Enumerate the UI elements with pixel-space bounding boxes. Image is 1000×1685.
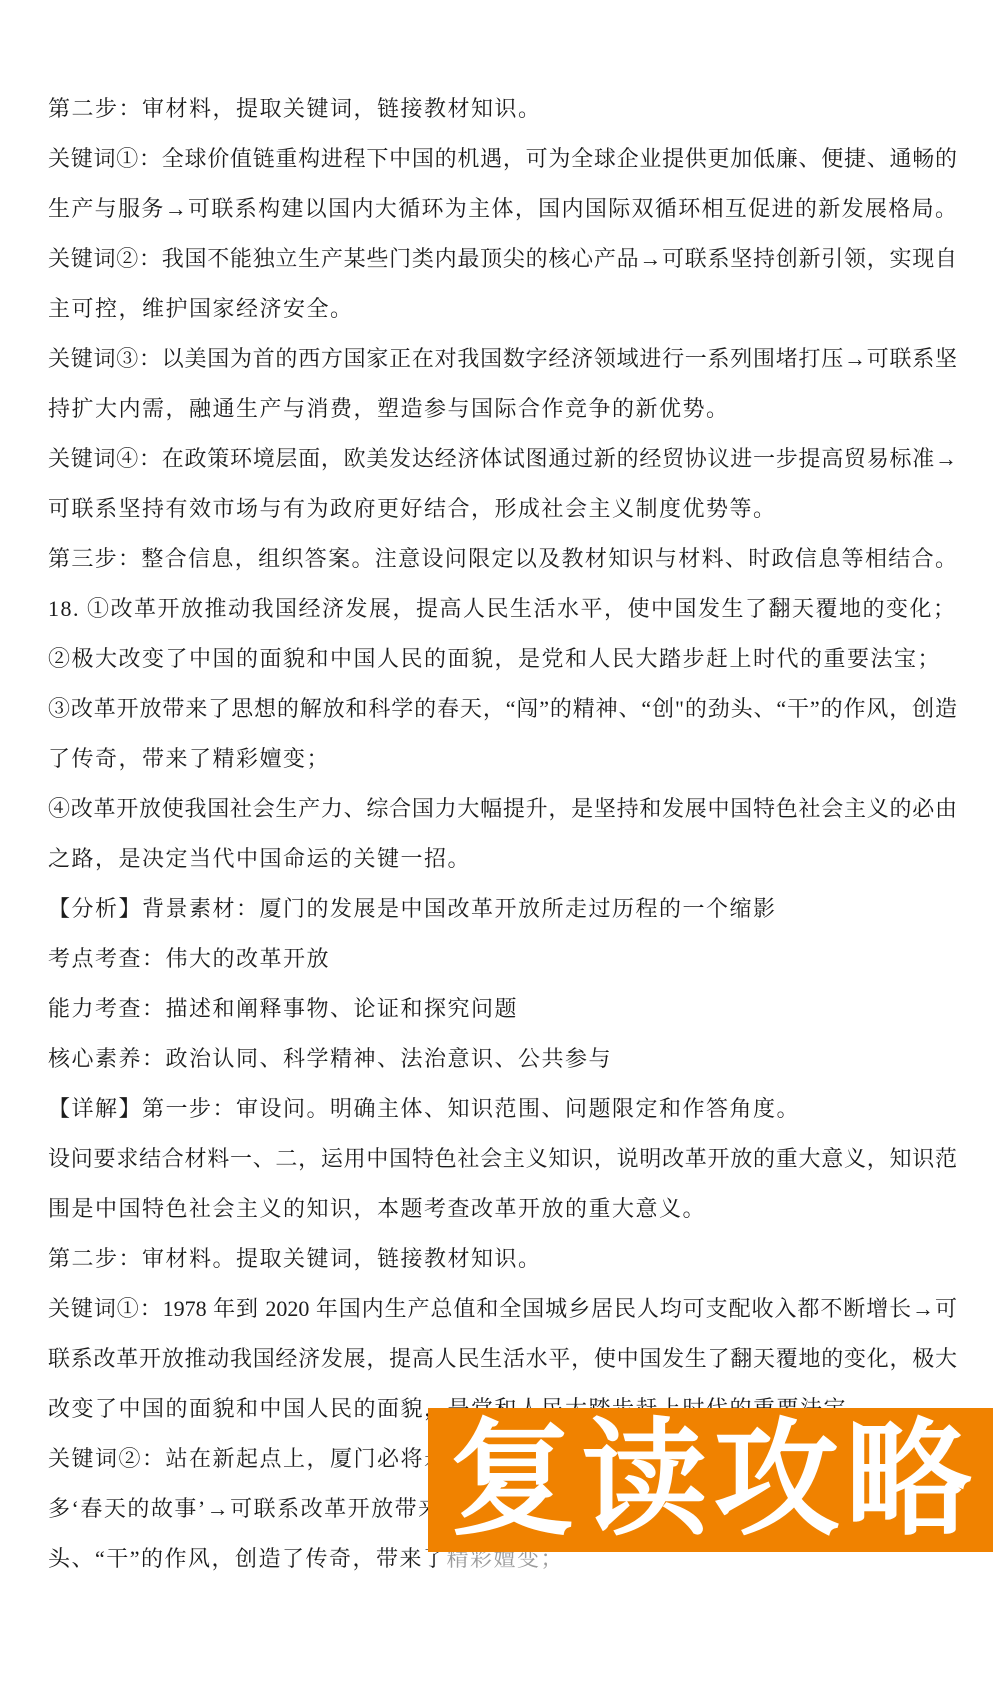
text-line-content: 生产与服务→可联系构建以国内大循环为主体，国内国际双循环相互促进的新发展格局。 xyxy=(48,196,957,221)
text-line-content: 持扩大内需，融通生产与消费，塑造参与国际合作竞争的新优势。 xyxy=(48,396,730,421)
text-line: 关键词①：1978 年到 2020 年国内生产总值和全国城乡居民人均可支配收入都… xyxy=(48,1284,957,1334)
text-line: 可联系坚持有效市场与有为政府更好结合，形成社会主义制度优势等。 xyxy=(48,484,957,534)
text-line: 考点考查：伟大的改革开放 xyxy=(48,934,957,984)
text-line-content: ②极大改变了中国的面貌和中国人民的面貌，是党和人民大踏步赶上时代的重要法宝； xyxy=(48,646,941,671)
text-line-content: 关键词②：我国不能独立生产某些门类内最顶尖的核心产品→可联系坚持创新引领，实现自 xyxy=(48,246,957,271)
text-line: 主可控，维护国家经济安全。 xyxy=(48,284,957,334)
text-line: ③改革开放带来了思想的解放和科学的春天，“闯”的精神、“创"的劲头、“干”的作风… xyxy=(48,684,957,734)
text-line-content: 第三步：整合信息，组织答案。注意设问限定以及教材知识与材料、时政信息等相结合。 xyxy=(48,546,957,571)
text-line-content: 第二步：审材料，提取关键词，链接教材知识。 xyxy=(48,96,542,121)
text-line: 了传奇，带来了精彩嬗变； xyxy=(48,734,957,784)
text-line: 围是中国特色社会主义的知识，本题考查改革开放的重大意义。 xyxy=(48,1184,957,1234)
text-line-content: 考点考查：伟大的改革开放 xyxy=(48,946,330,971)
text-line: 联系改革开放推动我国经济发展，提高人民生活水平，使中国发生了翻天覆地的变化，极大 xyxy=(48,1334,957,1384)
text-line-content: 主可控，维护国家经济安全。 xyxy=(48,296,354,321)
text-line-content: 关键词③：以美国为首的西方国家正在对我国数字经济领域进行一系列围堵打压→可联系坚 xyxy=(48,346,957,371)
text-line-content: 【分析】背景素材：厦门的发展是中国改革开放所走过历程的一个缩影 xyxy=(48,896,777,921)
text-line-content: 第二步：审材料。提取关键词，链接教材知识。 xyxy=(48,1246,542,1271)
text-line-content: 能力考查：描述和阐释事物、论证和探究问题 xyxy=(48,996,518,1021)
text-line: 18. ①改革开放推动我国经济发展，提高人民生活水平，使中国发生了翻天覆地的变化… xyxy=(48,584,957,634)
text-line-content: 了传奇，带来了精彩嬗变； xyxy=(48,746,330,771)
text-line: ④改革开放使我国社会生产力、综合国力大幅提升，是坚持和发展中国特色社会主义的必由 xyxy=(48,784,957,834)
text-line-content: 【详解】第一步：审设问。明确主体、知识范围、问题限定和作答角度。 xyxy=(48,1096,800,1121)
document-page: 第二步：审材料，提取关键词，链接教材知识。 关键词①：全球价值链重构进程下中国的… xyxy=(0,0,1000,1685)
text-line: 生产与服务→可联系构建以国内大循环为主体，国内国际双循环相互促进的新发展格局。 xyxy=(48,184,957,234)
text-line: 核心素养：政治认同、科学精神、法治意识、公共参与 xyxy=(48,1034,957,1084)
text-line-content: 18. ①改革开放推动我国经济发展，提高人民生活水平，使中国发生了翻天覆地的变化… xyxy=(48,596,957,621)
text-line: ②极大改变了中国的面貌和中国人民的面貌，是党和人民大踏步赶上时代的重要法宝； xyxy=(48,634,957,684)
text-line: 关键词①：全球价值链重构进程下中国的机遇，可为全球企业提供更加低廉、便捷、通畅的 xyxy=(48,134,957,184)
text-line-content: ③改革开放带来了思想的解放和科学的春天，“闯”的精神、“创"的劲头、“干”的作风… xyxy=(48,696,957,721)
text-line-content: 之路，是决定当代中国命运的关键一招。 xyxy=(48,846,471,871)
watermark-banner: 复读攻略 xyxy=(428,1408,993,1552)
text-line: 第二步：审材料。提取关键词，链接教材知识。 xyxy=(48,1234,957,1284)
text-line-content: 联系改革开放推动我国经济发展，提高人民生活水平，使中国发生了翻天覆地的变化，极大 xyxy=(48,1346,957,1371)
text-line-content: ④改革开放使我国社会生产力、综合国力大幅提升，是坚持和发展中国特色社会主义的必由 xyxy=(48,796,957,821)
text-line-content: 头、“干”的作风，创造了传奇，带来了 xyxy=(48,1546,447,1571)
text-line-content: 核心素养：政治认同、科学精神、法治意识、公共参与 xyxy=(48,1046,612,1071)
text-line-content: 关键词②：站在新起点上，厦门必将永 xyxy=(48,1446,448,1471)
text-line: 设问要求结合材料一、二，运用中国特色社会主义知识，说明改革开放的重大意义，知识范 xyxy=(48,1134,957,1184)
text-line: 关键词②：我国不能独立生产某些门类内最顶尖的核心产品→可联系坚持创新引领，实现自 xyxy=(48,234,957,284)
text-line-content: 多‘春天的故事’→可联系改革开放带来 xyxy=(48,1496,442,1521)
text-line: 第三步：整合信息，组织答案。注意设问限定以及教材知识与材料、时政信息等相结合。 xyxy=(48,534,957,584)
text-line-content: 关键词④：在政策环境层面，欧美发达经济体试图通过新的经贸协议进一步提高贸易标准→ xyxy=(48,446,957,471)
watermark-text: 复读攻略 xyxy=(444,1417,978,1543)
text-line: 第二步：审材料，提取关键词，链接教材知识。 xyxy=(48,84,957,134)
text-line: 【详解】第一步：审设问。明确主体、知识范围、问题限定和作答角度。 xyxy=(48,1084,957,1134)
text-line: 【分析】背景素材：厦门的发展是中国改革开放所走过历程的一个缩影 xyxy=(48,884,957,934)
text-line-content: 可联系坚持有效市场与有为政府更好结合，形成社会主义制度优势等。 xyxy=(48,496,777,521)
text-line-content: 设问要求结合材料一、二，运用中国特色社会主义知识，说明改革开放的重大意义，知识范 xyxy=(48,1146,957,1171)
text-line: 关键词④：在政策环境层面，欧美发达经济体试图通过新的经贸协议进一步提高贸易标准→ xyxy=(48,434,957,484)
text-line: 关键词③：以美国为首的西方国家正在对我国数字经济领域进行一系列围堵打压→可联系坚 xyxy=(48,334,957,384)
document-text: 第二步：审材料，提取关键词，链接教材知识。 关键词①：全球价值链重构进程下中国的… xyxy=(48,84,957,1584)
text-line: 能力考查：描述和阐释事物、论证和探究问题 xyxy=(48,984,957,1034)
text-line-content: 围是中国特色社会主义的知识，本题考查改革开放的重大意义。 xyxy=(48,1196,706,1221)
text-line: 之路，是决定当代中国命运的关键一招。 xyxy=(48,834,957,884)
text-line-content: 关键词①：全球价值链重构进程下中国的机遇，可为全球企业提供更加低廉、便捷、通畅的 xyxy=(48,146,957,171)
text-line-content: 关键词①：1978 年到 2020 年国内生产总值和全国城乡居民人均可支配收入都… xyxy=(48,1296,957,1321)
text-line: 持扩大内需，融通生产与消费，塑造参与国际合作竞争的新优势。 xyxy=(48,384,957,434)
